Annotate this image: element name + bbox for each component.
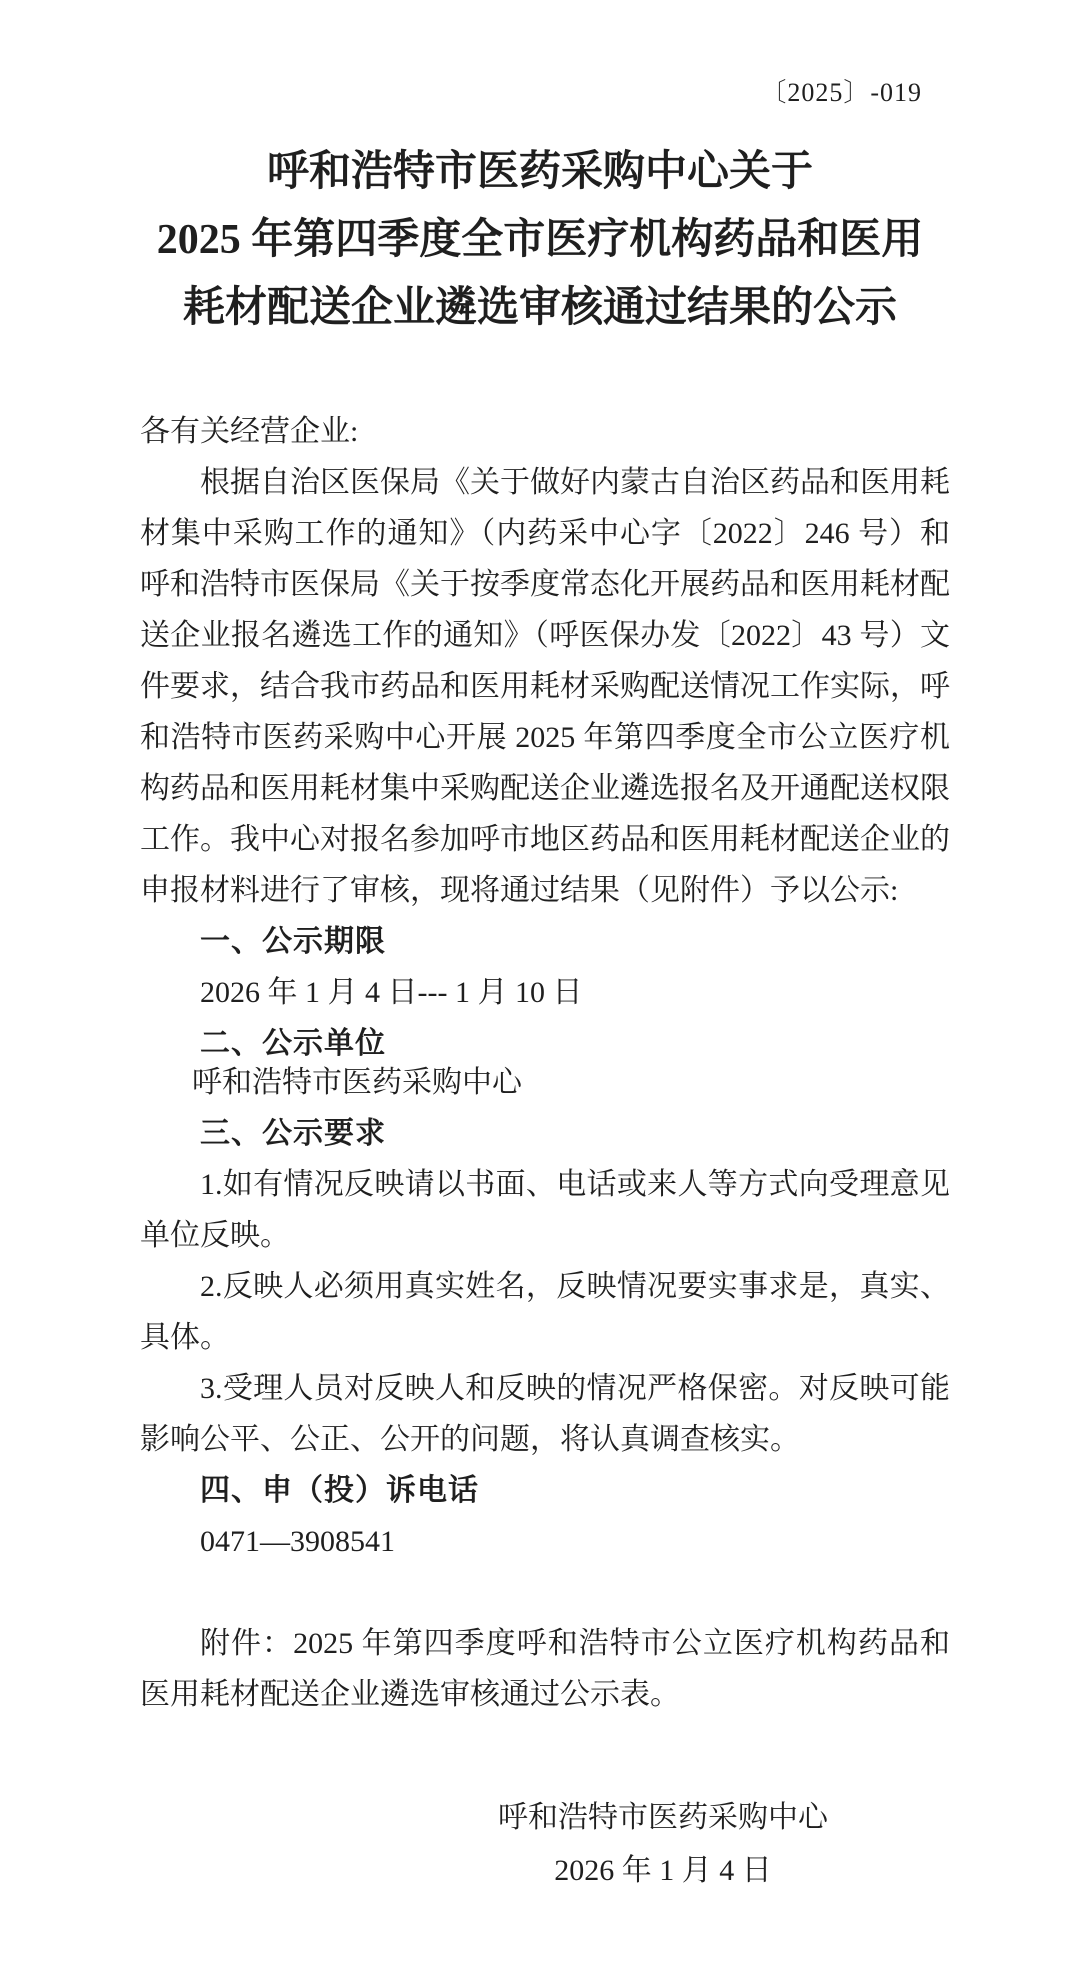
signature-organization: 呼和浩特市医药采购中心: [376, 1792, 950, 1843]
section-4-heading: 四、申（投）诉电话: [200, 1465, 950, 1516]
intro-paragraph: 根据自治区医保局《关于做好内蒙古自治区药品和医用耗材集中采购工作的通知》（内药采…: [140, 457, 950, 916]
section-1-heading: 一、公示期限: [200, 916, 950, 967]
section-3-item-3: 3.受理人员对反映人和反映的情况严格保密。对反映可能影响公平、公正、公开的问题，…: [140, 1363, 950, 1465]
document-number: 〔2025〕-019: [0, 78, 922, 108]
salutation: 各有关经营企业:: [140, 406, 950, 457]
section-2-content-publicity-unit: 呼和浩特市医药采购中心: [192, 1057, 950, 1108]
section-3-item-1: 1.如有情况反映请以书面、电话或来人等方式向受理意见单位反映。: [140, 1159, 950, 1261]
signature-block: 呼和浩特市医药采购中心 2026 年 1 月 4 日: [140, 1792, 950, 1896]
title-line-3: 耗材配送企业遴选审核通过结果的公示: [0, 274, 1080, 342]
document-page: 〔2025〕-019 呼和浩特市医药采购中心关于 2025 年第四季度全市医疗机…: [0, 0, 1080, 1984]
section-3-item-2: 2.反映人必须用真实姓名，反映情况要实事求是，真实、具体。: [140, 1261, 950, 1363]
title-line-2: 2025 年第四季度全市医疗机构药品和医用: [0, 206, 1080, 274]
section-1-content-publicity-period: 2026 年 1 月 4 日--- 1 月 10 日: [200, 967, 950, 1018]
section-3-heading: 三、公示要求: [200, 1108, 950, 1159]
title-line-1: 呼和浩特市医药采购中心关于: [0, 138, 1080, 206]
signature-date: 2026 年 1 月 4 日: [376, 1845, 950, 1896]
document-title: 呼和浩特市医药采购中心关于 2025 年第四季度全市医疗机构药品和医用 耗材配送…: [0, 138, 1080, 342]
document-body: 各有关经营企业: 根据自治区医保局《关于做好内蒙古自治区药品和医用耗材集中采购工…: [140, 406, 950, 1896]
attachment-note: 附件：2025 年第四季度呼和浩特市公立医疗机构药品和医用耗材配送企业遴选审核通…: [140, 1618, 950, 1720]
section-4-content-complaint-phone: 0471—3908541: [200, 1516, 950, 1567]
